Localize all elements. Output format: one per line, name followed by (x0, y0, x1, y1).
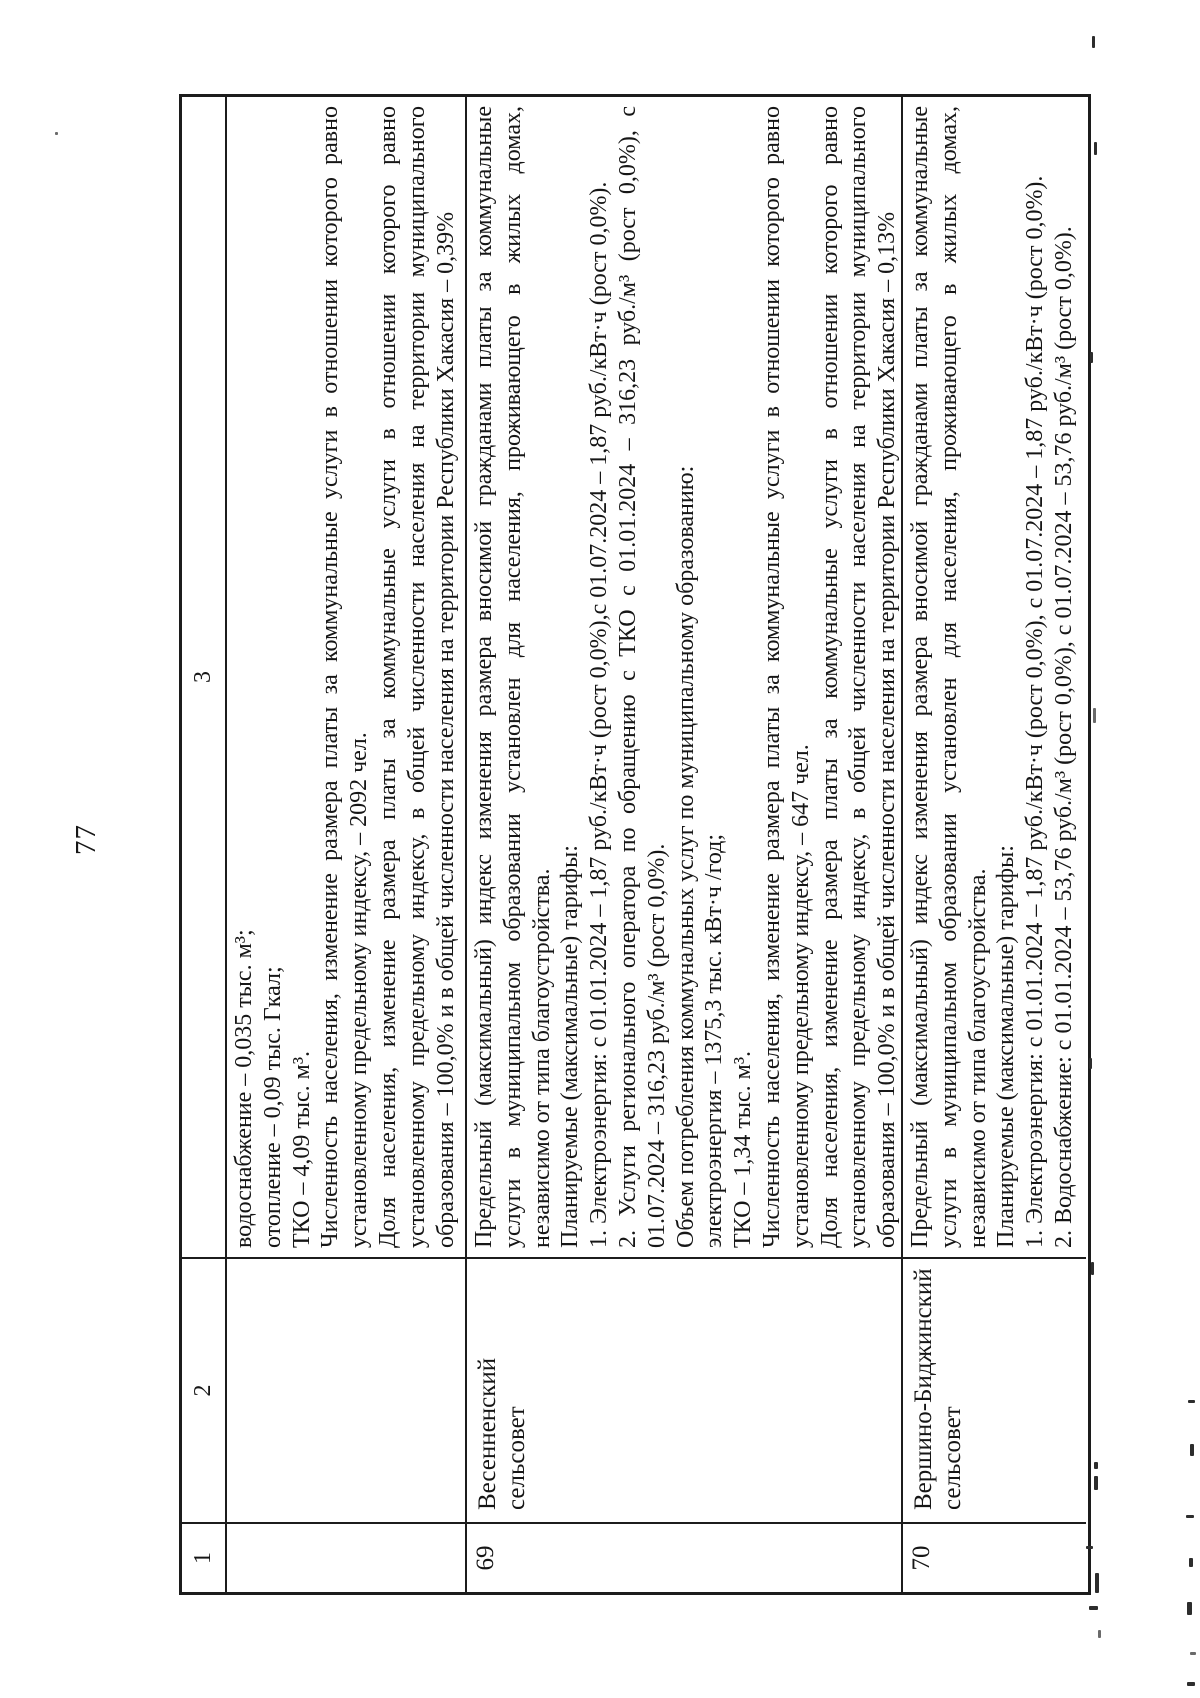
scan-speck (1098, 1630, 1101, 1638)
scan-speck (1190, 1444, 1194, 1456)
tariff-table: 1 2 3 водоснабжение – 0,035 тыс. м³;отоп… (179, 94, 1091, 1595)
header-cell-1: 1 (182, 1522, 227, 1592)
content-line: услуги в муниципальном образовании устан… (935, 106, 964, 1248)
content-line: независимо от типа благоустройства. (528, 106, 557, 1248)
header-cell-3: 3 (182, 97, 227, 1257)
row-content: Предельный (максимальный) индекс изменен… (467, 97, 903, 1257)
scan-speck (1091, 1262, 1094, 1275)
municipality-name: Весенненскийсельсовет (467, 1257, 903, 1522)
scan-speck (1190, 1652, 1196, 1655)
content-line: независимо от типа благоустройства. (964, 106, 993, 1248)
content-line: Численность населения, изменение размера… (316, 106, 345, 1248)
content-line: Предельный (максимальный) индекс изменен… (470, 106, 499, 1248)
row-number (227, 1522, 467, 1592)
content-line: 2. Услуги регионального оператора по обр… (614, 106, 643, 1248)
content-line: 1. Электроэнергия: с 01.01.2024 – 1,87 р… (585, 106, 614, 1248)
scan-speck (1187, 1602, 1192, 1615)
content-line: образования – 100,0% и в общей численнос… (432, 106, 461, 1248)
content-line: 2. Водоснабжение: с 01.01.2024 – 53,76 р… (1050, 106, 1079, 1248)
municipality-name-line: сельсовет (502, 1267, 531, 1510)
scan-speck (1186, 1515, 1194, 1518)
content-line: 01.07.2024 – 316,23 руб./м³ (рост 0,0%). (643, 106, 672, 1248)
municipality-name: Вершино-Биджинскийсельсовет (903, 1257, 1086, 1522)
scan-speck (1188, 1400, 1195, 1403)
content-line: Планируемые (максимальные) тарифы: (556, 106, 585, 1248)
content-line: 1. Электроэнергия: с 01.01.2024 – 1,87 р… (1021, 106, 1050, 1248)
content-line: электроэнергия – 1375,3 тыс. кВт·ч /год; (700, 106, 729, 1248)
scan-speck (1094, 142, 1097, 155)
content-line: Доля населения, изменение размера платы … (816, 106, 845, 1248)
row-content: Предельный (максимальный) индекс изменен… (903, 97, 1086, 1257)
scan-speck (1090, 352, 1093, 363)
content-line: установленному предельному индексу, – 20… (345, 106, 374, 1248)
scan-speck (1092, 36, 1095, 48)
content-line: установленному предельному индексу, в об… (844, 106, 873, 1248)
header-cell-2: 2 (182, 1257, 227, 1522)
page-number: 77 (70, 824, 103, 855)
scan-speck (1094, 1462, 1098, 1469)
row-number: 69 (467, 1522, 903, 1592)
scan-speck (1093, 708, 1096, 723)
scan-speck (1187, 1682, 1195, 1686)
content-line: Объем потребления коммунальных услуг по … (672, 106, 701, 1248)
content-line: ТКО – 4,09 тыс. м³. (288, 106, 317, 1248)
content-line: Численность населения, изменение размера… (758, 106, 787, 1248)
content-line: установленному предельному индексу, – 64… (787, 106, 816, 1248)
content-line: услуги в муниципальном образовании устан… (499, 106, 528, 1248)
scan-speck (55, 132, 58, 135)
municipality-name-line: Весенненский (473, 1267, 502, 1510)
row-content: водоснабжение – 0,035 тыс. м³;отопление … (227, 97, 467, 1257)
content-line: Предельный (максимальный) индекс изменен… (906, 106, 935, 1248)
scan-speck (1089, 1058, 1092, 1069)
content-line: водоснабжение – 0,035 тыс. м³; (230, 106, 259, 1248)
content-line: установленному предельному индексу, в об… (403, 106, 432, 1248)
content-line: Доля населения, изменение размера платы … (374, 106, 403, 1248)
scan-speck (1094, 1476, 1098, 1490)
content-line: образования – 100,0% и в общей численнос… (873, 106, 902, 1248)
municipality-name-line: сельсовет (938, 1267, 967, 1510)
municipality-name (227, 1257, 467, 1522)
scan-speck (1089, 1606, 1098, 1610)
scan-speck (1086, 1546, 1093, 1549)
scanned-page: 77 1 2 3 водоснабжение – 0,035 тыс. м³;о… (0, 0, 1200, 1698)
scan-speck (1189, 1558, 1193, 1567)
content-line: отопление – 0,09 тыс. Гкал; (259, 106, 288, 1248)
row-number: 70 (903, 1522, 1086, 1592)
content-line: Планируемые (максимальные) тарифы: (992, 106, 1021, 1248)
content-line: ТКО – 1,34 тыс. м³. (729, 106, 758, 1248)
scan-speck (1095, 1573, 1099, 1593)
municipality-name-line: Вершино-Биджинский (909, 1267, 938, 1510)
